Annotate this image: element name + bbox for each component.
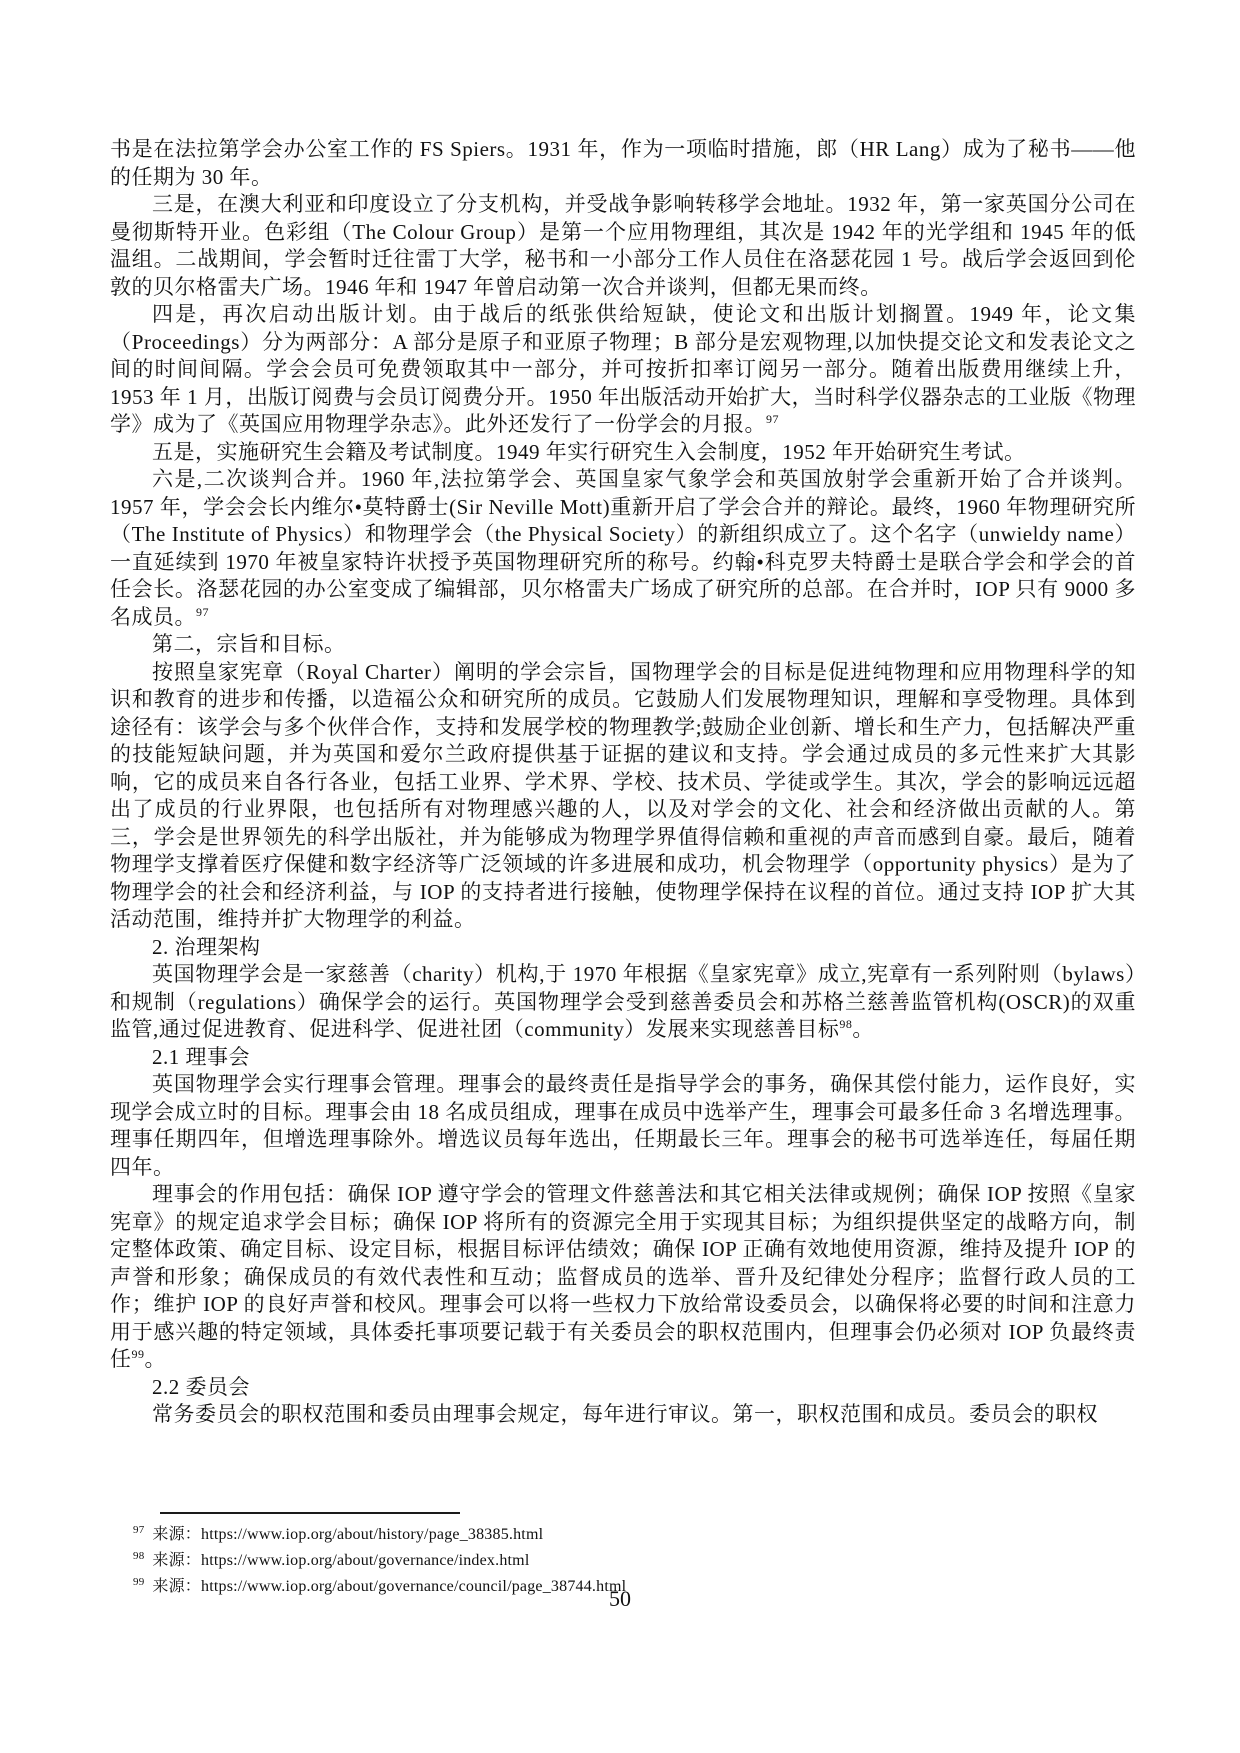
footnote-reference: 98 xyxy=(839,1017,852,1031)
paragraph: 理事会的作用包括：确保 IOP 遵守学会的管理文件慈善法和其它相关法律或规例；确… xyxy=(110,1181,1136,1374)
paragraph-text: 理事会的作用包括：确保 IOP 遵守学会的管理文件慈善法和其它相关法律或规例；确… xyxy=(110,1182,1136,1371)
paragraph: 2. 治理架构 xyxy=(110,934,1136,962)
paragraph: 英国物理学会是一家慈善（charity）机构,于 1970 年根据《皇家宪章》成… xyxy=(110,961,1136,1044)
footnote-text: 来源：https://www.iop.org/about/history/pag… xyxy=(152,1526,543,1543)
footnote-reference: 97 xyxy=(196,605,209,619)
paragraph-text: 2.1 理事会 xyxy=(152,1045,250,1069)
paragraph-text: 四是，再次启动出版计划。由于战后的纸张供给短缺，使论文和出版计划搁置。1949 … xyxy=(110,302,1136,436)
paragraph-text: 2.2 委员会 xyxy=(152,1375,250,1399)
paragraph-text: 英国物理学会是一家慈善（charity）机构,于 1970 年根据《皇家宪章》成… xyxy=(110,962,1136,1041)
page-number: 50 xyxy=(0,1586,1240,1612)
paragraph: 六是,二次谈判合并。1960 年,法拉第学会、英国皇家气象学会和英国放射学会重新… xyxy=(110,466,1136,631)
footnote: 97来源：https://www.iop.org/about/history/p… xyxy=(133,1522,1033,1548)
paragraph: 常务委员会的职权范围和委员由理事会规定，每年进行审议。第一，职权范围和成员。委员… xyxy=(110,1401,1136,1429)
document-page: 书是在法拉第学会办公室工作的 FS Spiers。1931 年，作为一项临时措施… xyxy=(0,0,1240,1753)
paragraph-text: 第二，宗旨和目标。 xyxy=(152,632,346,656)
paragraph-text: 五是，实施研究生会籍及考试制度。1949 年实行研究生入会制度，1952 年开始… xyxy=(152,440,1026,464)
paragraph-text: 书是在法拉第学会办公室工作的 FS Spiers。1931 年，作为一项临时措施… xyxy=(110,137,1136,189)
paragraph-text: 常务委员会的职权范围和委员由理事会规定，每年进行审议。第一，职权范围和成员。委员… xyxy=(152,1402,1098,1426)
paragraph: 书是在法拉第学会办公室工作的 FS Spiers。1931 年，作为一项临时措施… xyxy=(110,136,1136,191)
footnote-reference: 99 xyxy=(132,1347,145,1361)
footnote-number: 97 xyxy=(133,1524,144,1536)
paragraph: 英国物理学会实行理事会管理。理事会的最终责任是指导学会的事务，确保其偿付能力，运… xyxy=(110,1071,1136,1181)
paragraph: 三是，在澳大利亚和印度设立了分支机构，并受战争影响转移学会地址。1932 年，第… xyxy=(110,191,1136,301)
paragraph-text: 。 xyxy=(852,1017,874,1041)
paragraph-text: 。 xyxy=(145,1347,167,1371)
body-text: 书是在法拉第学会办公室工作的 FS Spiers。1931 年，作为一项临时措施… xyxy=(110,136,1136,1429)
paragraph: 2.1 理事会 xyxy=(110,1044,1136,1072)
paragraph: 按照皇家宪章（Royal Charter）阐明的学会宗旨，国物理学会的目标是促进… xyxy=(110,659,1136,934)
paragraph-text: 英国物理学会实行理事会管理。理事会的最终责任是指导学会的事务，确保其偿付能力，运… xyxy=(110,1072,1136,1179)
footnote-text: 来源：https://www.iop.org/about/governance/… xyxy=(152,1552,529,1569)
paragraph: 第二，宗旨和目标。 xyxy=(110,631,1136,659)
paragraph-text: 按照皇家宪章（Royal Charter）阐明的学会宗旨，国物理学会的目标是促进… xyxy=(110,660,1136,932)
paragraph: 四是，再次启动出版计划。由于战后的纸张供给短缺，使论文和出版计划搁置。1949 … xyxy=(110,301,1136,439)
paragraph: 五是，实施研究生会籍及考试制度。1949 年实行研究生入会制度，1952 年开始… xyxy=(110,439,1136,467)
paragraph: 2.2 委员会 xyxy=(110,1374,1136,1402)
paragraph-text: 六是,二次谈判合并。1960 年,法拉第学会、英国皇家气象学会和英国放射学会重新… xyxy=(110,467,1136,629)
footnote-reference: 97 xyxy=(766,412,779,426)
footnote-number: 98 xyxy=(133,1550,144,1562)
paragraph-text: 2. 治理架构 xyxy=(152,935,261,959)
paragraph-text: 三是，在澳大利亚和印度设立了分支机构，并受战争影响转移学会地址。1932 年，第… xyxy=(110,192,1136,299)
footnote: 98来源：https://www.iop.org/about/governanc… xyxy=(133,1548,1033,1574)
footnote-separator xyxy=(160,1512,460,1514)
